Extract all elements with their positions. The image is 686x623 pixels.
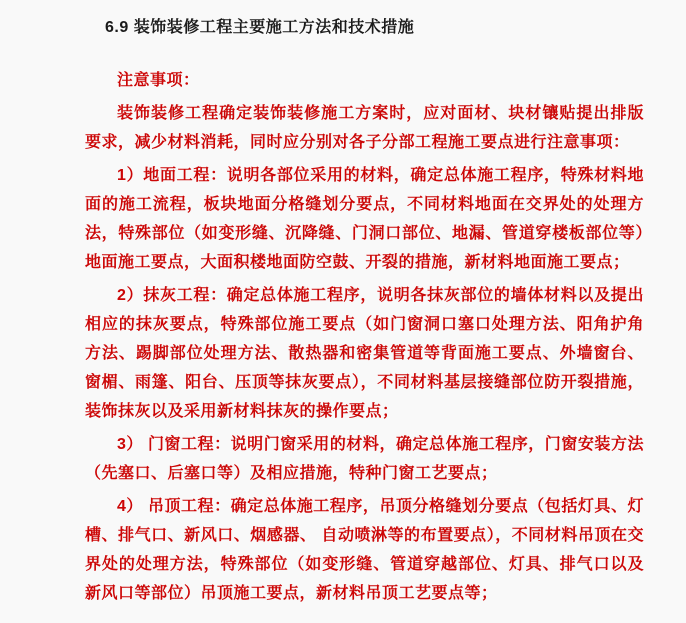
document-paragraph: 3） 门窗工程：说明门窗采用的材料，确定总体施工程序，门窗安装方法（先塞口、后塞…	[85, 430, 644, 488]
document-paragraph: 注意事项：	[85, 66, 644, 95]
section-heading: 6.9 装饰装修工程主要施工方法和技术措施	[105, 18, 646, 38]
document-paragraph: 1）地面工程：说明各部位采用的材料，确定总体施工程序，特殊材料地面的施工流程，板…	[85, 161, 644, 277]
document-page: 6.9 装饰装修工程主要施工方法和技术措施 注意事项： 装饰装修工程确定装饰装修…	[0, 0, 686, 623]
document-paragraph: 2）抹灰工程：确定总体施工程序，说明各抹灰部位的墙体材料以及提出相应的抹灰要点，…	[85, 281, 644, 426]
document-paragraph: 装饰装修工程确定装饰装修施工方案时，应对面材、块材镶贴提出排版要求，减少材料消耗…	[85, 99, 644, 157]
document-paragraph: 4） 吊顶工程：确定总体施工程序，吊顶分格缝划分要点（包括灯具、灯槽、排气口、新…	[85, 492, 644, 608]
document-body: 注意事项： 装饰装修工程确定装饰装修施工方案时，应对面材、块材镶贴提出排版要求，…	[85, 66, 644, 608]
